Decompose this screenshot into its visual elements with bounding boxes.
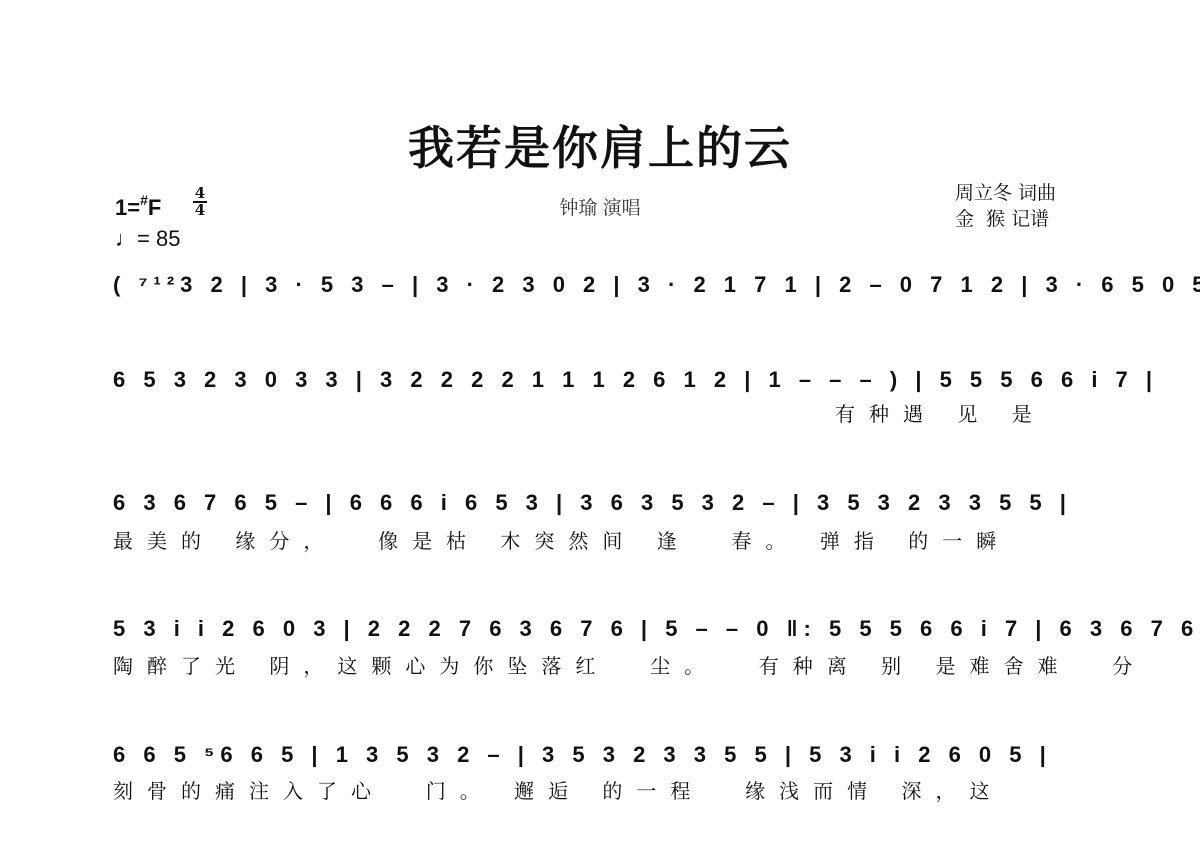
- score-line-2: 6 5 3 2 3 0 3 3 | 3 2 2 2 2 1 1 1 2 6 1 …: [113, 365, 1158, 395]
- lyrics-line-3: 最美的 缘分， 像是枯 木突然间 逢 春。 弹指 的一瞬: [113, 525, 1010, 554]
- sharp-icon: #: [140, 192, 148, 208]
- quarter-note-icon: ♩: [115, 226, 137, 251]
- composer-credits: 周立冬 词曲 金 猴 记谱: [955, 180, 1056, 232]
- lyricist-composer: 周立冬 词曲: [955, 180, 1056, 206]
- lyrics-line-5: 刻骨的痛注入了心 门。 邂逅 的一程 缘浅而情 深，这: [113, 775, 1004, 804]
- key-signature: 1=#F: [115, 192, 161, 221]
- score-line-1: ( ⁷¹²3 2 | 3 · 5 3 – | 3 · 2 3 0 2 | 3 ·…: [113, 270, 1200, 300]
- transcriber: 金 猴 记谱: [955, 206, 1056, 232]
- tempo-marking: ♩= 85: [115, 226, 180, 252]
- time-signature: 4 4: [193, 186, 207, 218]
- score-line-3: 6 3 6 7 6 5 – | 6 6 6 i 6 5 3 | 3 6 3 5 …: [113, 488, 1072, 518]
- score-line-5: 6 6 5 ⁵6 6 5 | 1 3 5 3 2 – | 3 5 3 2 3 3…: [113, 740, 1052, 770]
- lyrics-line-2: 有种遇 见 是: [835, 398, 1046, 427]
- score-line-4: 5 3 i i 2 6 0 3 | 2 2 2 7 6 3 6 7 6 | 5 …: [113, 614, 1200, 644]
- lyrics-line-4: 陶醉了光 阴，这颗心为你坠落红 尘。 有种离 别 是难舍难 分: [113, 650, 1146, 679]
- song-title: 我若是你肩上的云: [0, 112, 1200, 178]
